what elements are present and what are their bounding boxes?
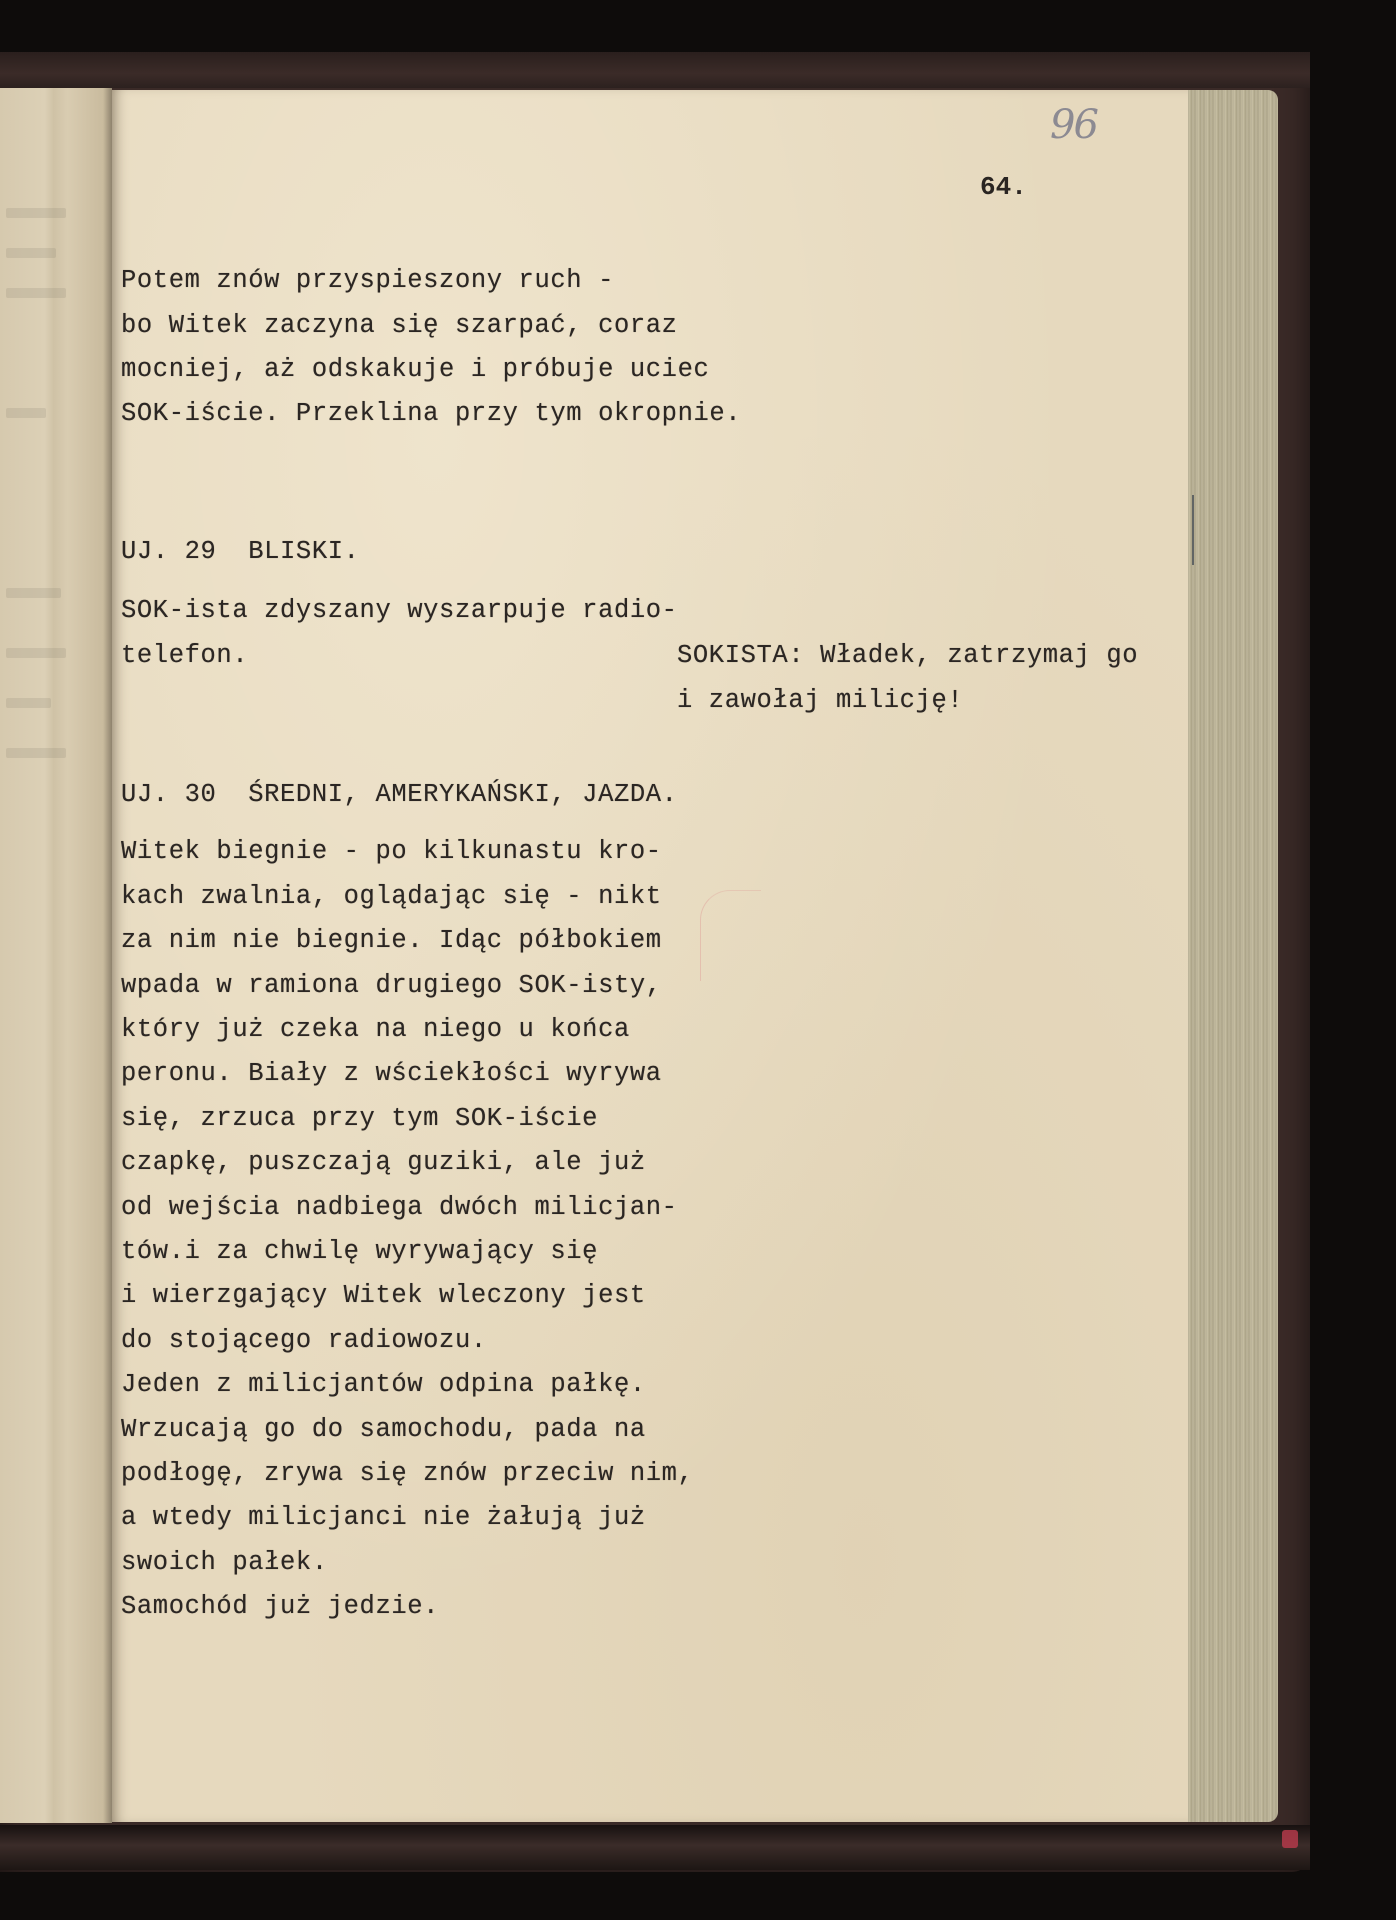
action-line: do stojącego radiowozu. bbox=[121, 1326, 487, 1355]
action-line: a wtedy milicjanci nie żałują już bbox=[121, 1503, 646, 1532]
action-line: swoich pałek. bbox=[121, 1548, 328, 1577]
typed-page-number: 64. bbox=[980, 172, 1027, 202]
action-line: Wrzucają go do samochodu, pada na bbox=[121, 1415, 646, 1444]
action-line: który już czeka na niego u końca bbox=[121, 1015, 630, 1044]
action-line: i wierzgający Witek wleczony jest bbox=[121, 1281, 646, 1310]
shot-heading: UJ. 30 ŚREDNI, AMERYKAŃSKI, JAZDA. bbox=[121, 780, 678, 809]
action-line: wpada w ramiona drugiego SOK-isty, bbox=[121, 971, 662, 1000]
action-line: kach zwalnia, oglądając się - nikt bbox=[121, 882, 662, 911]
scan-stage: 96 64. Potem znów przyspieszony ruch - b… bbox=[0, 0, 1396, 1920]
paragraph-line: Potem znów przyspieszony ruch - bbox=[121, 266, 614, 295]
action-line: SOK-ista zdyszany wyszarpuje radio- bbox=[121, 596, 678, 625]
bleed-through-text bbox=[6, 748, 66, 758]
faint-red-mark bbox=[700, 890, 761, 981]
paragraph-line: mocniej, aż odskakuje i próbuje uciec bbox=[121, 355, 709, 384]
action-line: od wejścia nadbiega dwóch milicjan- bbox=[121, 1193, 678, 1222]
page-stack-edge bbox=[1188, 90, 1278, 1822]
bleed-through-text bbox=[6, 408, 46, 418]
red-corner-tab bbox=[1282, 1830, 1298, 1848]
bleed-through-text bbox=[6, 588, 61, 598]
shot-heading: UJ. 29 BLISKI. bbox=[121, 537, 360, 566]
bleed-through-text bbox=[6, 208, 66, 218]
book-cover-top-edge bbox=[0, 52, 1310, 88]
ink-mark bbox=[1192, 495, 1200, 565]
action-line: Samochód już jedzie. bbox=[121, 1592, 439, 1621]
bleed-through-text bbox=[6, 248, 56, 258]
action-line: peronu. Biały z wściekłości wyrywa bbox=[121, 1059, 662, 1088]
paragraph-line: bo Witek zaczyna się szarpać, coraz bbox=[121, 311, 678, 340]
action-line: za nim nie biegnie. Idąc półbokiem bbox=[121, 926, 662, 955]
action-line: Witek biegnie - po kilkunastu kro- bbox=[121, 837, 662, 866]
paragraph-line: SOK-iście. Przeklina przy tym okropnie. bbox=[121, 399, 741, 428]
dialogue-line: SOKISTA: Władek, zatrzymaj go bbox=[677, 641, 1138, 670]
action-line: Jeden z milicjantów odpina pałkę. bbox=[121, 1370, 646, 1399]
action-line: tów.i za chwilę wyrywający się bbox=[121, 1237, 598, 1266]
bleed-through-text bbox=[6, 648, 66, 658]
action-line: telefon. bbox=[121, 641, 248, 670]
book-cover-bottom-edge bbox=[0, 1825, 1310, 1870]
action-line: podłogę, zrywa się znów przeciw nim, bbox=[121, 1459, 694, 1488]
bleed-through-text bbox=[6, 288, 66, 298]
handwritten-page-number: 96 bbox=[1050, 102, 1097, 148]
previous-page-edge bbox=[0, 88, 112, 1823]
action-line: się, zrzuca przy tym SOK-iście bbox=[121, 1104, 598, 1133]
bleed-through-text bbox=[6, 698, 51, 708]
dialogue-line: i zawołaj milicję! bbox=[677, 686, 963, 715]
action-line: czapkę, puszczają guziki, ale już bbox=[121, 1148, 646, 1177]
